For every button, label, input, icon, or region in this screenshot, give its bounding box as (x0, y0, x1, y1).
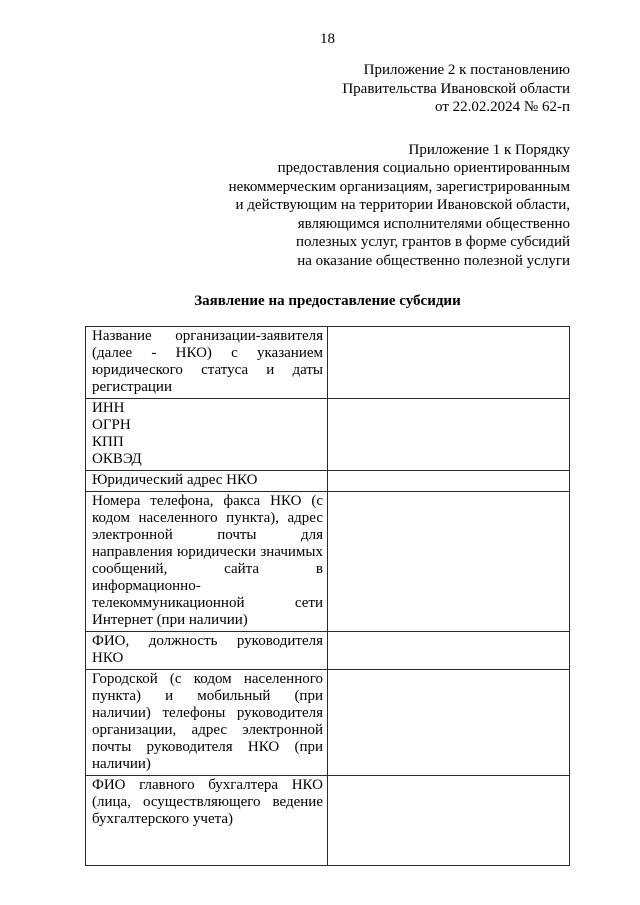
annex-line: от 22.02.2024 № 62-п (85, 98, 570, 117)
table-row-organization-name: Название организации-заявителя (далее - … (86, 327, 570, 399)
annex-line: являющимся исполнителями общественно (85, 215, 570, 234)
field-value-head-name (328, 632, 570, 670)
annex-line: и действующим на территории Ивановской о… (85, 196, 570, 215)
field-label-registration-codes: ИНН ОГРН КПП ОКВЭД (86, 399, 328, 471)
field-label-chief-accountant: ФИО главного бухгалтера НКО (лица, осуще… (86, 776, 328, 866)
field-value-contacts (328, 492, 570, 632)
application-form-table: Название организации-заявителя (далее - … (85, 326, 570, 866)
field-value-legal-address (328, 471, 570, 492)
field-label-legal-address: Юридический адрес НКО (86, 471, 328, 492)
page-number: 18 (85, 30, 570, 49)
annex-line: некоммерческим организациям, зарегистрир… (85, 178, 570, 197)
document-title: Заявление на предоставление субсидии (85, 292, 570, 311)
annex-line: предоставления социально ориентированным (85, 159, 570, 178)
field-value-chief-accountant (328, 776, 570, 866)
table-row-head-contacts: Городской (с кодом населенного пункта) и… (86, 670, 570, 776)
field-label-head-contacts: Городской (с кодом населенного пункта) и… (86, 670, 328, 776)
annex-line: Приложение 2 к постановлению (85, 61, 570, 80)
field-label-contacts: Номера телефона, факса НКО (с кодом насе… (86, 492, 328, 632)
document-page: 18 Приложение 2 к постановлению Правител… (0, 0, 640, 905)
table-row-registration-codes: ИНН ОГРН КПП ОКВЭД (86, 399, 570, 471)
field-value-organization-name (328, 327, 570, 399)
annex-line: полезных услуг, грантов в форме субсидий (85, 233, 570, 252)
table-row-head-name: ФИО, должность руководителя НКО (86, 632, 570, 670)
field-value-head-contacts (328, 670, 570, 776)
field-label-head-name: ФИО, должность руководителя НКО (86, 632, 328, 670)
annex-line: на оказание общественно полезной услуги (85, 252, 570, 271)
table-row-contacts: Номера телефона, факса НКО (с кодом насе… (86, 492, 570, 632)
field-label-organization-name: Название организации-заявителя (далее - … (86, 327, 328, 399)
annex-reference-block-1: Приложение 2 к постановлению Правительст… (85, 61, 570, 117)
annex-reference-block-2: Приложение 1 к Порядку предоставления со… (85, 141, 570, 271)
annex-line: Приложение 1 к Порядку (85, 141, 570, 160)
table-row-chief-accountant: ФИО главного бухгалтера НКО (лица, осуще… (86, 776, 570, 866)
annex-line: Правительства Ивановской области (85, 80, 570, 99)
table-row-legal-address: Юридический адрес НКО (86, 471, 570, 492)
field-value-registration-codes (328, 399, 570, 471)
